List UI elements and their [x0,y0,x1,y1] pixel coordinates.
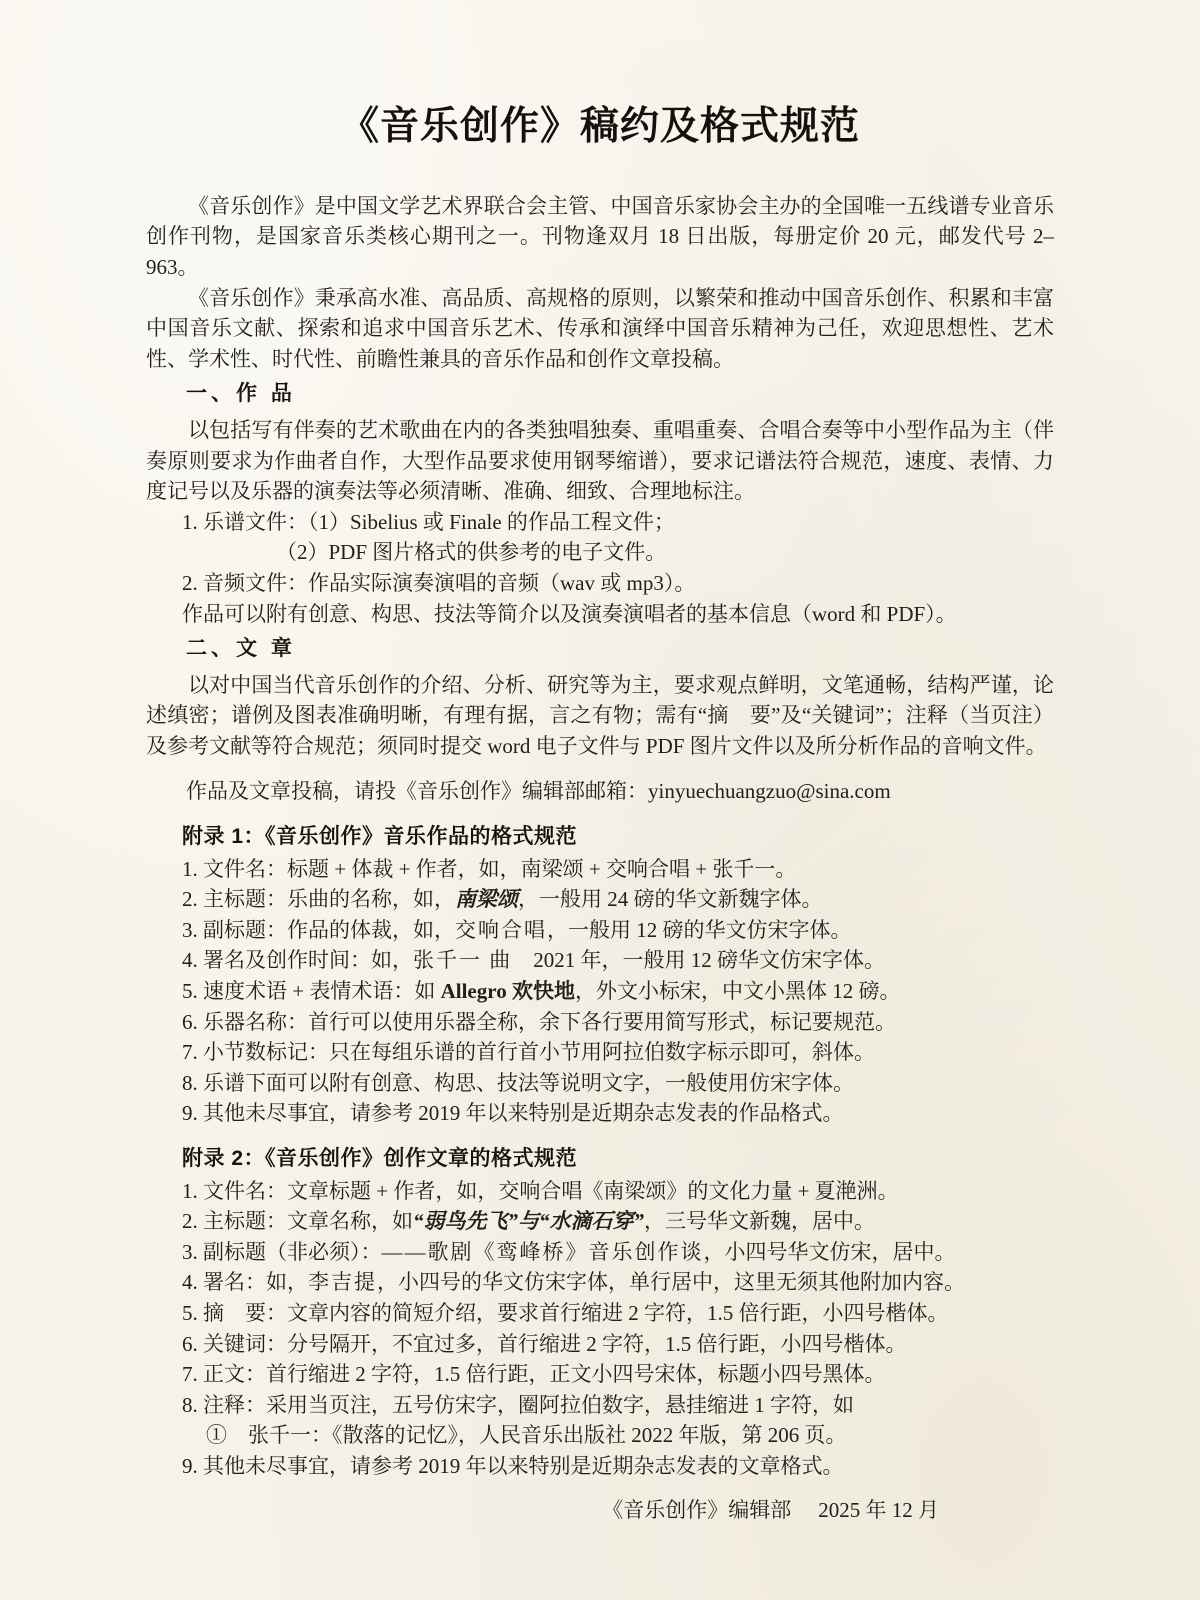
appendix1-item-7: 7. 小节数标记：只在每组乐谱的首行首小节用阿拉伯数字标示即可，斜体。 [182,1037,1054,1068]
text-segment: ① 张千一：《散落的记忆》，人民音乐出版社 2022 年版，第 206 页。 [206,1423,847,1447]
editorial-department: 《音乐创作》编辑部 [602,1498,791,1522]
section-heading-articles: 二、文 章 [186,634,1054,665]
text-segment: 4. 署名：如， [182,1270,308,1294]
intro-paragraph-2: 《音乐创作》秉承高水准、高品质、高规格的原则，以繁荣和推动中国音乐创作、积累和丰… [146,283,1054,375]
email-address: yinyuechuangzuo@sina.com [648,779,891,803]
text-segment: ，三号华文新魏，居中。 [644,1209,875,1233]
text-segment: 8. 乐谱下面可以附有创意、构思、技法等说明文字，一般使用仿宋字体。 [182,1071,854,1095]
text-segment: 4. 署名及创作时间：如， [182,948,413,972]
appendix2-item-3: 3. 副标题（非必须）：——歌剧《鸾峰桥》音乐创作谈，小四号华文仿宋，居中。 [182,1237,1054,1268]
appendix2-item-4: 4. 署名：如，李吉提，小四号的华文仿宋字体，单行居中，这里无须其他附加内容。 [182,1267,1054,1298]
appendix2-heading: 附录 2：《音乐创作》创作文章的格式规范 [182,1144,1054,1175]
text-segment: ，外文小标宋，中文小黑体 12 磅。 [575,979,901,1003]
works-item-audio-file: 2. 音频文件：作品实际演奏演唱的音频（wav 或 mp3）。 [182,568,1054,599]
text-segment: 李吉提 [308,1270,377,1294]
document-content: 《音乐创作》稿约及格式规范 《音乐创作》是中国文学艺术界联合会主管、中国音乐家协… [0,0,1200,1525]
text-segment: 2021 年，一般用 12 磅华文仿宋字体。 [512,948,885,972]
submission-line: 作品及文章投稿，请投《音乐创作》编辑部邮箱：yinyuechuangzuo@si… [186,776,1054,807]
appendix2-item-9: 9. 其他未尽事宜，请参考 2019 年以来特别是近期杂志发表的文章格式。 [182,1451,1054,1482]
appendix1-item-4: 4. 署名及创作时间：如，张千一 曲 2021 年，一般用 12 磅华文仿宋字体… [182,945,1054,976]
text-segment: 5. 速度术语 + 表情术语：如 [182,979,441,1003]
appendix1-item-9: 9. 其他未尽事宜，请参考 2019 年以来特别是近期杂志发表的作品格式。 [182,1098,1054,1129]
text-segment: 7. 正文：首行缩进 2 字符，1.5 倍行距，正文小四号宋体，标题小四号黑体。 [182,1362,886,1386]
works-item-score-file-continuation: （2）PDF 图片格式的供参考的电子文件。 [276,537,1054,568]
text-segment: 南梁颂 [455,887,518,911]
text-segment: 1. 文件名：标题 + 体裁 + 作者，如，南梁颂 + 交响合唱 + 张千一。 [182,857,796,881]
section-heading-works: 一、作 品 [186,379,1054,410]
text-segment: 1. 文件名：文章标题 + 作者，如，交响合唱《南梁颂》的文化力量 + 夏滟洲。 [182,1179,899,1203]
text-segment: 张千一 曲 [413,948,512,972]
text-segment: 8. 注释：采用当页注，五号仿宋字，圈阿拉伯数字，悬挂缩进 1 字符，如 [182,1393,854,1417]
text-segment: 9. 其他未尽事宜，请参考 2019 年以来特别是近期杂志发表的作品格式。 [182,1101,844,1125]
text-segment: 2. 主标题：乐曲的名称，如， [182,887,455,911]
page-title: 《音乐创作》稿约及格式规范 [146,104,1054,151]
text-segment: 5. 摘 要：文章内容的简短介绍，要求首行缩进 2 字符，1.5 倍行距，小四号… [182,1301,949,1325]
text-segment: 9. 其他未尽事宜，请参考 2019 年以来特别是近期杂志发表的文章格式。 [182,1454,844,1478]
appendix2-item-8: 8. 注释：采用当页注，五号仿宋字，圈阿拉伯数字，悬挂缩进 1 字符，如 [182,1390,1054,1421]
intro-paragraph-1: 《音乐创作》是中国文学艺术界联合会主管、中国音乐家协会主办的全国唯一五线谱专业音… [146,191,1054,283]
appendix2-item-1: 1. 文件名：文章标题 + 作者，如，交响合唱《南梁颂》的文化力量 + 夏滟洲。 [182,1176,1054,1207]
text-segment: 3. 副标题：作品的体裁，如， [182,918,455,942]
works-note: 作品可以附有创意、构思、技法等简介以及演奏演唱者的基本信息（word 和 PDF… [182,599,1054,630]
text-segment: 7. 小节数标记：只在每组乐谱的首行首小节用阿拉伯数字标示即可，斜体。 [182,1040,875,1064]
text-segment: ，小四号华文仿宋，居中。 [704,1240,956,1264]
appendix2-item-7: 7. 正文：首行缩进 2 字符，1.5 倍行距，正文小四号宋体，标题小四号黑体。 [182,1359,1054,1390]
text-segment: “弱鸟先飞”与“水滴石穿” [413,1209,644,1233]
appendix2-item-2: 2. 主标题：文章名称，如“弱鸟先飞”与“水滴石穿”，三号华文新魏，居中。 [182,1206,1054,1237]
text-segment: ，一般用 12 磅的华文仿宋字体。 [547,918,852,942]
text-segment: 6. 关键词：分号隔开，不宜过多，首行缩进 2 字符，1.5 倍行距，小四号楷体… [182,1332,907,1356]
appendix2-footnote-example: ① 张千一：《散落的记忆》，人民音乐出版社 2022 年版，第 206 页。 [206,1420,1054,1451]
articles-paragraph: 以对中国当代音乐创作的介绍、分析、研究等为主，要求观点鲜明，文笔通畅，结构严谨，… [146,670,1054,762]
appendix1-item-6: 6. 乐器名称：首行可以使用乐器全称，余下各行要用简写形式，标记要规范。 [182,1007,1054,1038]
appendix1-heading: 附录 1：《音乐创作》音乐作品的格式规范 [182,822,1054,853]
appendix2-item-6: 6. 关键词：分号隔开，不宜过多，首行缩进 2 字符，1.5 倍行距，小四号楷体… [182,1329,1054,1360]
text-segment: ，一般用 24 磅的华文新魏字体。 [518,887,823,911]
works-paragraph: 以包括写有伴奏的艺术歌曲在内的各类独唱独奏、重唱重奏、合唱合奏等中小型作品为主（… [146,415,1054,507]
works-item-score-file: 1. 乐谱文件：（1）Sibelius 或 Finale 的作品工程文件； [182,507,1054,538]
appendix1-item-8: 8. 乐谱下面可以附有创意、构思、技法等说明文字，一般使用仿宋字体。 [182,1068,1054,1099]
text-segment: Allegro 欢快地 [441,979,575,1003]
signature-date: 2025 年 12 月 [818,1498,939,1522]
text-segment: 6. 乐器名称：首行可以使用乐器全称，余下各行要用简写形式，标记要规范。 [182,1010,896,1034]
submission-text: 作品及文章投稿，请投《音乐创作》编辑部邮箱： [186,779,648,803]
text-segment: 2. 主标题：文章名称，如 [182,1209,413,1233]
appendix1-item-2: 2. 主标题：乐曲的名称，如，南梁颂，一般用 24 磅的华文新魏字体。 [182,884,1054,915]
appendix2-item-5: 5. 摘 要：文章内容的简短介绍，要求首行缩进 2 字符，1.5 倍行距，小四号… [182,1298,1054,1329]
appendix1-item-5: 5. 速度术语 + 表情术语：如 Allegro 欢快地，外文小标宋，中文小黑体… [182,976,1054,1007]
document-page: 《音乐创作》稿约及格式规范 《音乐创作》是中国文学艺术界联合会主管、中国音乐家协… [0,0,1200,1600]
text-segment: ，小四号的华文仿宋字体，单行居中，这里无须其他附加内容。 [377,1270,965,1294]
editorial-signature: 《音乐创作》编辑部2025 年 12 月 [146,1495,1054,1526]
text-segment: ——歌剧《鸾峰桥》音乐创作谈 [382,1240,704,1264]
text-segment: 交响合唱 [455,918,547,942]
appendix1-item-1: 1. 文件名：标题 + 体裁 + 作者，如，南梁颂 + 交响合唱 + 张千一。 [182,854,1054,885]
appendix1-item-3: 3. 副标题：作品的体裁，如，交响合唱，一般用 12 磅的华文仿宋字体。 [182,915,1054,946]
text-segment: 3. 副标题（非必须）： [182,1240,382,1264]
